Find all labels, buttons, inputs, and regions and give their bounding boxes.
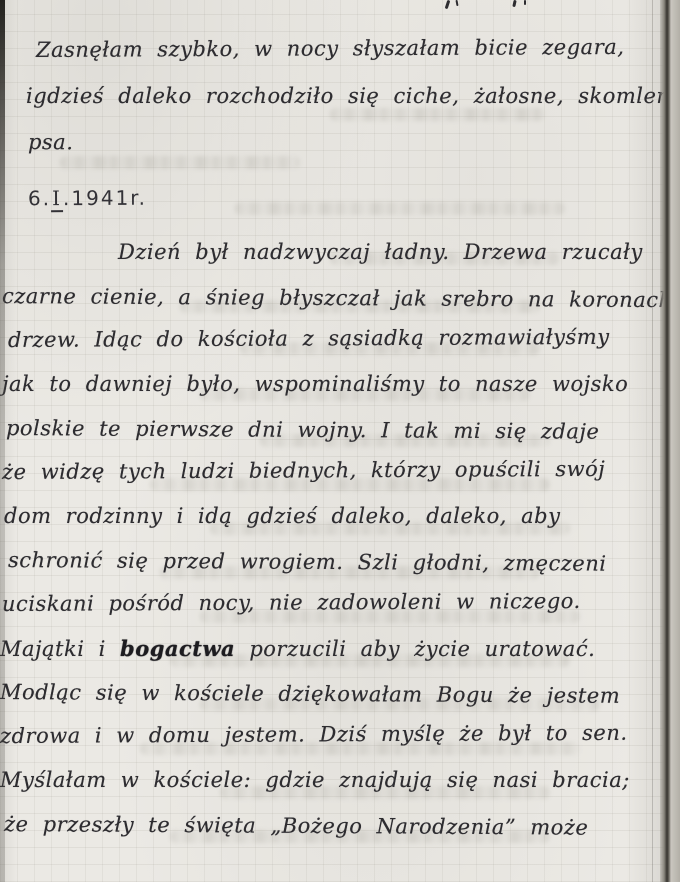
- handwriting-line: czarne cienie, a śnieg błyszczał jak sre…: [2, 282, 673, 315]
- page-right-edge: [660, 0, 680, 882]
- handwriting-segment: Majątki i: [0, 637, 120, 661]
- handwriting-line: Modląc się w kościele dziękowałam Bogu ż…: [0, 678, 620, 711]
- entry-date-day: 6.: [28, 186, 51, 210]
- handwriting-line: uciskani pośród nocy, nie zadowoleni w n…: [2, 587, 581, 619]
- page-margin-line: [652, 0, 653, 882]
- handwriting-line: Dzień był nadzwyczaj ładny. Drzewa rzuca…: [118, 238, 643, 267]
- handwriting-layer: Zasnęłam szybko, w nocy słyszałam bicie …: [0, 0, 680, 882]
- handwriting-line: schronić się przed wrogiem. Szli głodni,…: [8, 546, 607, 579]
- entry-date-year: .1941r.: [63, 186, 147, 210]
- handwriting-segment: porzucili aby życie uratować.: [235, 637, 595, 661]
- handwriting-line: jak to dawniej było, wspominaliśmy to na…: [2, 370, 628, 399]
- entry-date-roman-month: I: [51, 186, 63, 212]
- handwriting-line: Myślałam w kościele: gdzie znajdują się …: [0, 766, 630, 795]
- handwriting-line: dom rodzinny i idą gdzieś daleko, daleko…: [4, 502, 560, 531]
- entry-date: 6.I.1941r.: [28, 186, 147, 211]
- cut-off-pen-strokes: [524, 0, 526, 5]
- emphasized-word: bogactwa: [120, 636, 235, 661]
- handwriting-line: Zasnęłam szybko, w nocy słyszałam bicie …: [36, 33, 625, 65]
- handwriting-line: igdzieś daleko rozchodziło się ciche, ża…: [26, 82, 680, 111]
- scan-left-edge: [0, 0, 5, 882]
- handwriting-line: że przeszły te święta „Bożego Narodzenia…: [4, 810, 589, 843]
- handwriting-line: psa.: [28, 128, 74, 157]
- handwriting-line: drzew. Idąc do kościoła z sąsiadką rozma…: [8, 323, 610, 355]
- handwriting-line: że widzę tych ludzi biednych, którzy opu…: [2, 455, 605, 487]
- handwriting-line: Majątki i bogactwa porzucili aby życie u…: [0, 634, 595, 664]
- handwriting-line: polskie te pierwsze dni wojny. I tak mi …: [6, 414, 600, 447]
- notebook-page: Zasnęłam szybko, w nocy słyszałam bicie …: [0, 0, 680, 882]
- handwriting-line: zdrowa i w domu jestem. Dziś myślę że by…: [0, 719, 628, 751]
